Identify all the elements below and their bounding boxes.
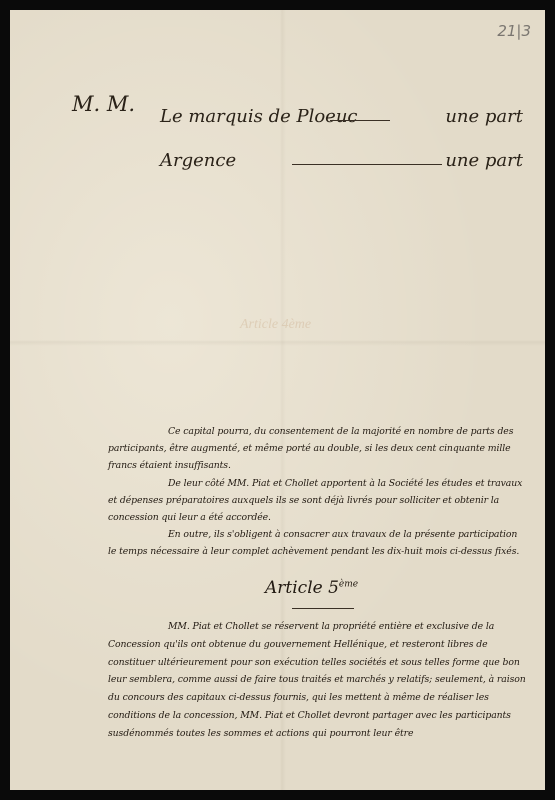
folio-number: 21|3 [497, 22, 531, 40]
participant-share: une part [445, 106, 523, 127]
paragraph-contribution: De leur côté MM. Piat et Chollet apporte… [108, 475, 528, 527]
participant-share: une part [445, 150, 523, 171]
body-section-article5: MM. Piat et Chollet se réservent la prop… [108, 618, 528, 743]
article-heading: Article 5ème [265, 578, 358, 598]
article-heading-suffix: ème [339, 579, 358, 589]
salutation: M. M. [72, 92, 135, 116]
dash-line [292, 164, 442, 165]
paragraph-capital: Ce capital pourra, du consentement de la… [108, 423, 528, 475]
allocation-row: Le marquis de Ploeuc une part [160, 106, 545, 132]
bleed-through-text: Article 4ème [100, 208, 500, 332]
heading-underline [292, 608, 354, 609]
paragraph-obligation: En outre, ils s'obligent à consacrer aux… [108, 526, 528, 560]
article-heading-text: Article 5 [265, 578, 339, 598]
participant-name: Argence [160, 150, 236, 171]
manuscript-page: 21|3 M. M. Le marquis de Ploeuc une part… [10, 10, 545, 790]
allocation-row: Argence une part [160, 150, 545, 176]
dash-line [330, 120, 390, 121]
paragraph-article5: MM. Piat et Chollet se réservent la prop… [108, 618, 528, 743]
body-section-top: Ce capital pourra, du consentement de la… [108, 423, 528, 561]
participant-name: Le marquis de Ploeuc [160, 106, 358, 127]
bleed-through-heading: Article 4ème [240, 318, 500, 332]
